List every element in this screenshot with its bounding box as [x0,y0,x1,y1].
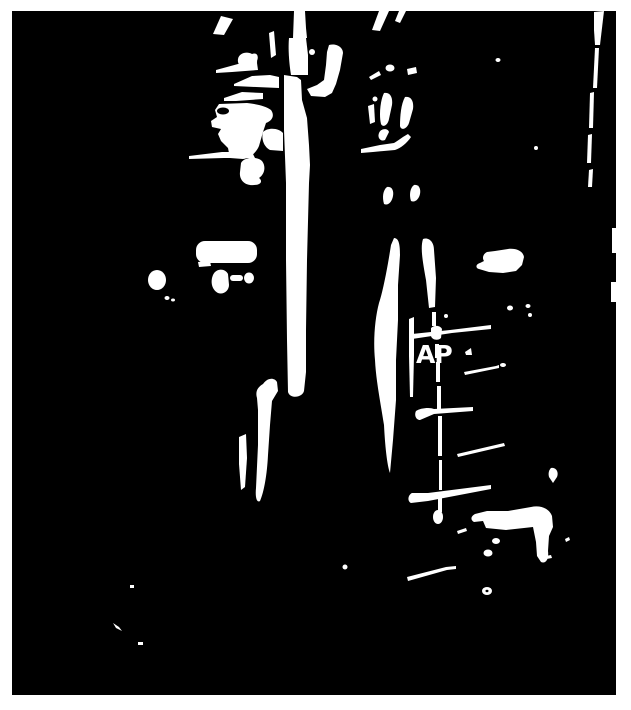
sign-underline [198,261,211,267]
mid-blob [244,273,254,284]
bottom-speck-1 [130,585,134,588]
dot-top-1 [496,58,501,62]
boot-dot-2 [484,550,493,557]
dot-right-4 [444,314,448,318]
speck-mid-low [343,565,348,570]
vline-seg-4 [437,386,441,412]
neck-blob [240,158,265,185]
speck-b [171,299,175,302]
dot-right-3 [528,313,532,317]
pole-top [293,11,307,38]
ap-watermark-text: AP [416,340,452,369]
face-eye [217,108,229,115]
photo-canvas: AP [0,0,631,710]
rung-dot-2 [500,363,506,367]
vline-seg-6 [439,460,442,490]
brow-dot [386,65,395,72]
ring-dot-center [486,590,489,592]
photo-shapes-layer [12,11,617,695]
boot-dot-1 [492,538,500,544]
vline-seg-5 [438,416,442,456]
dot-right-2 [526,304,531,308]
dot-right-1 [507,306,513,311]
vline-seg-1 [432,312,436,326]
thin-line-left [409,317,414,397]
pole-upper [289,38,308,75]
margin-notch-2 [611,282,617,302]
margin-notch-1 [612,228,617,253]
pole-column [286,183,309,397]
mid-dash [230,275,243,281]
bottom-speck-3 [138,642,143,645]
round-blob-left [148,270,166,290]
binarized-photo: AP [0,0,631,710]
vline-bulb [433,510,443,524]
sign-plate [196,241,257,263]
speck-a [165,296,170,300]
seven-dot [309,49,315,55]
goggle-dot [373,97,378,102]
photo-background [12,11,616,695]
dot-top-2 [534,146,538,150]
